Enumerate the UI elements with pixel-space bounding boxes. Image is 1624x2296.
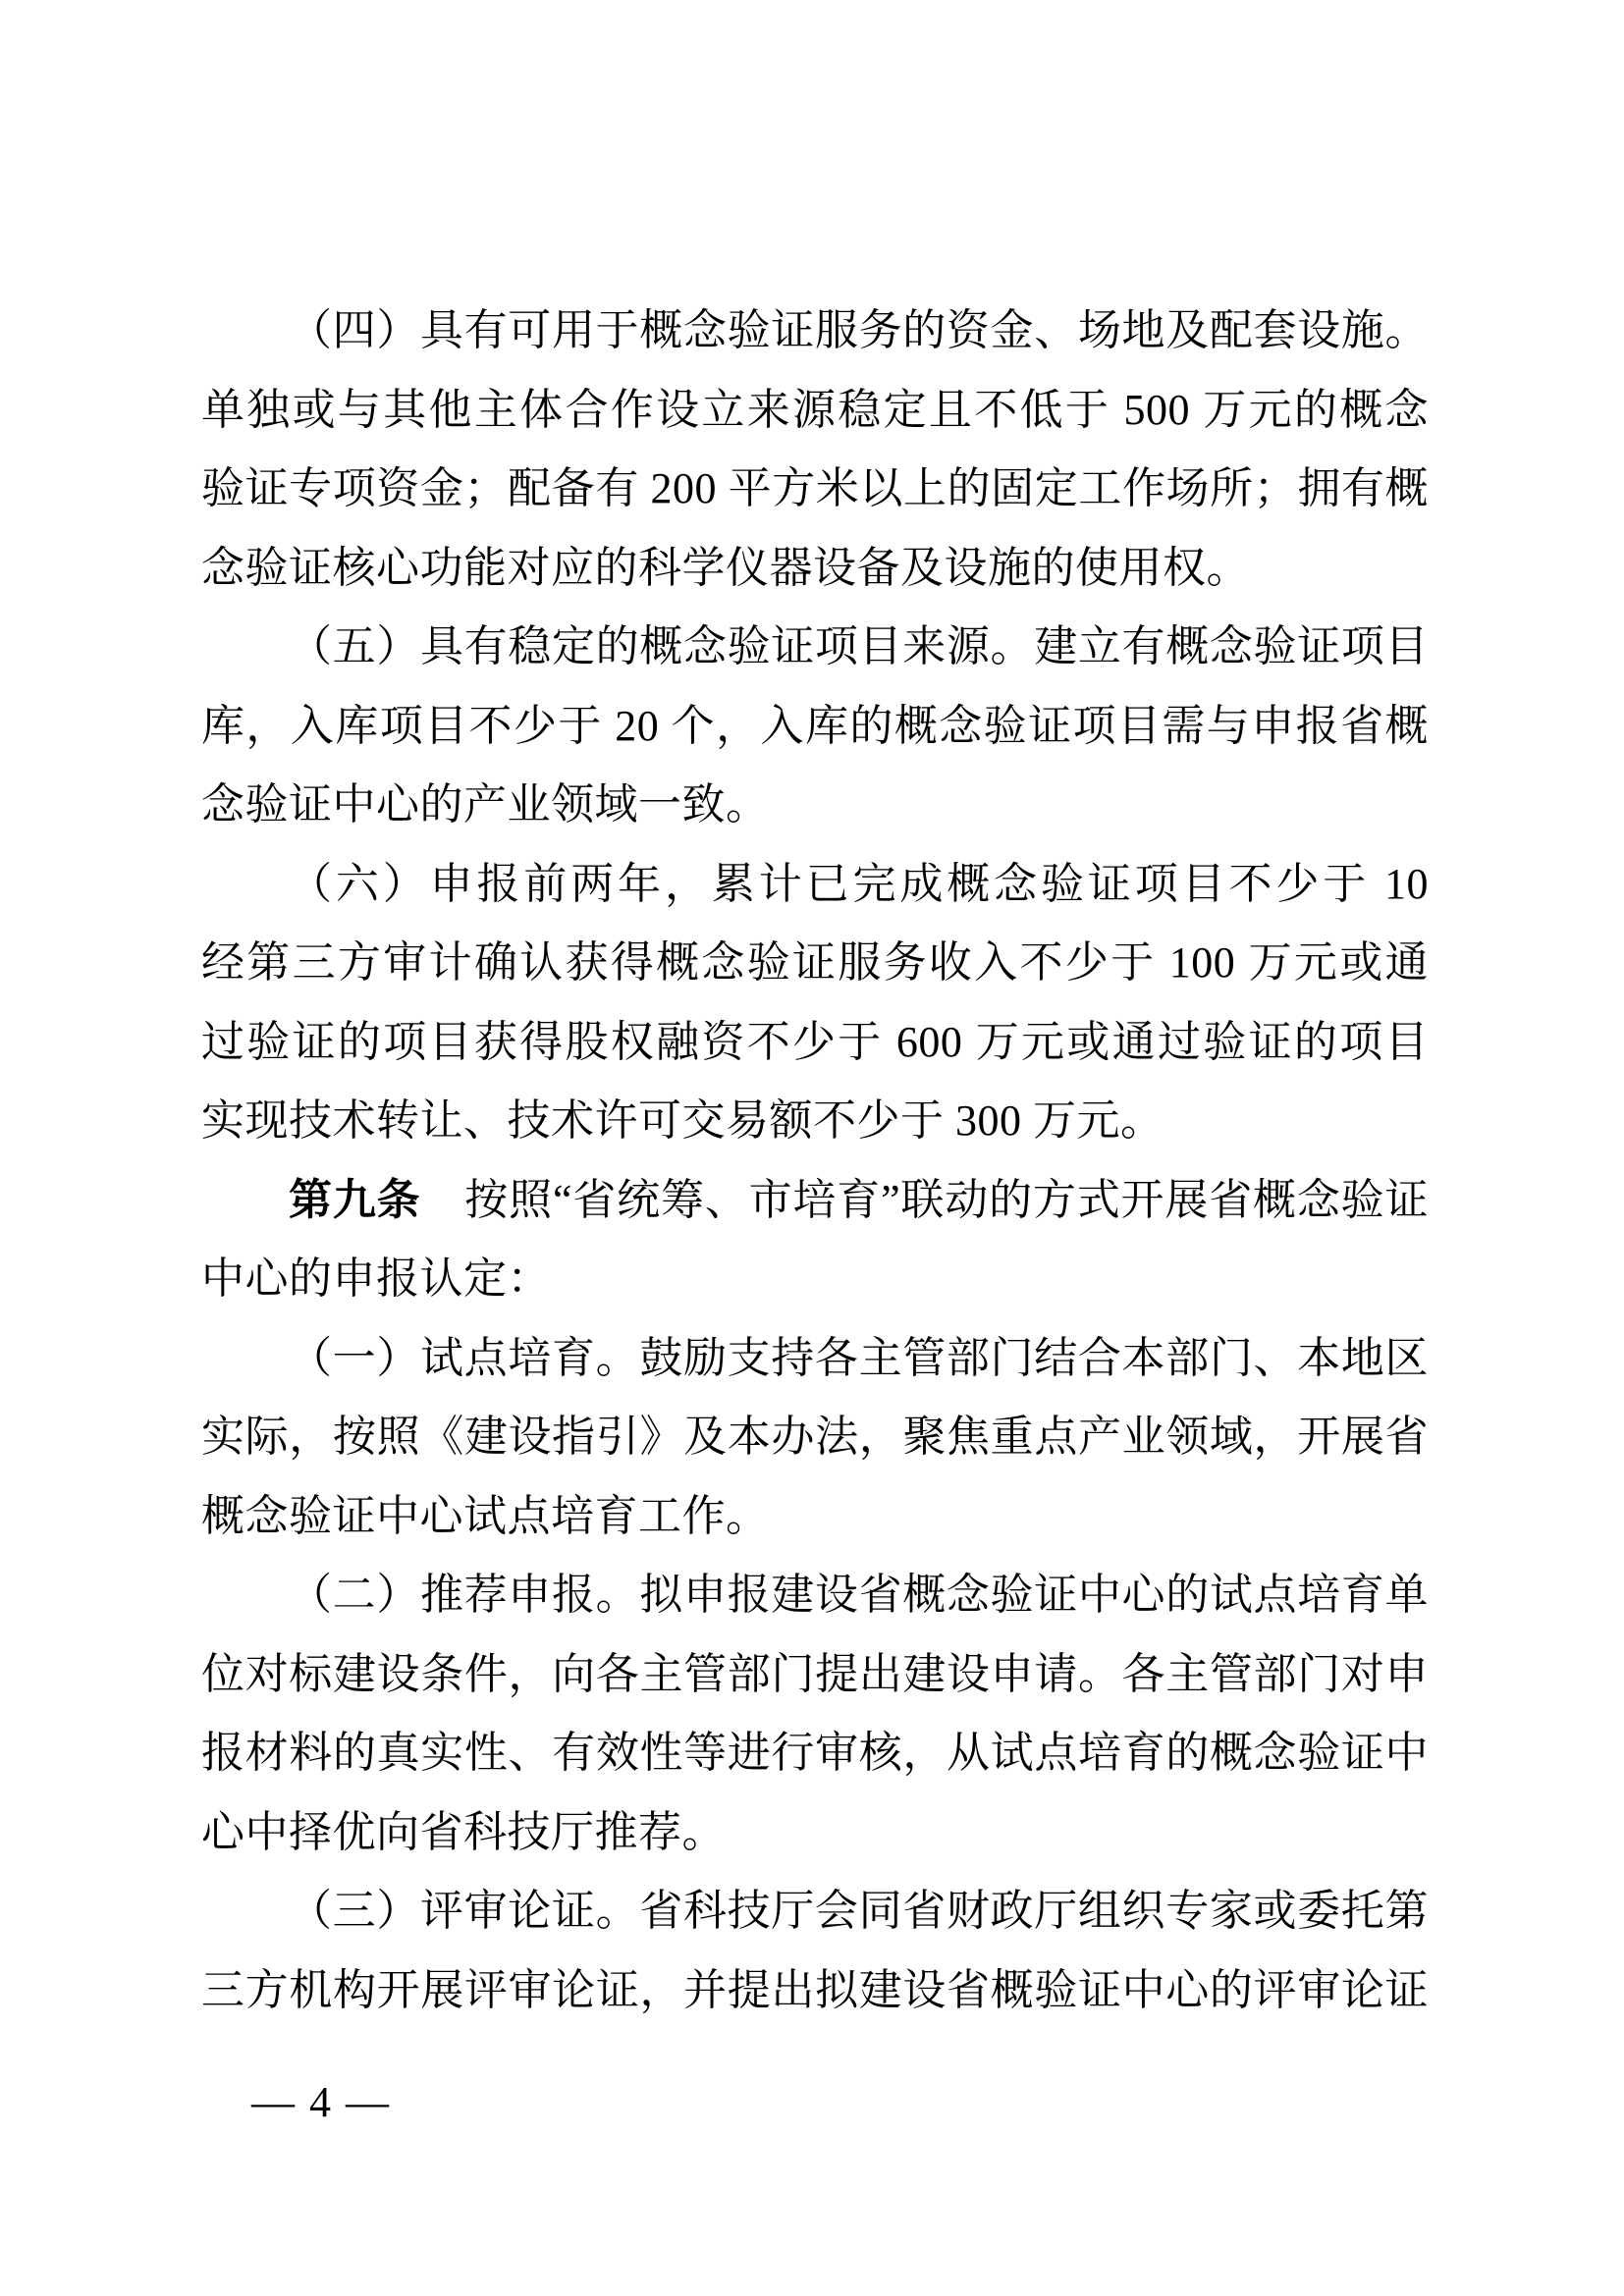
- text-line: 念验证核心功能对应的科学仪器设备及设施的使用权。: [201, 529, 1429, 609]
- text-run: 概念验证中心试点培育工作。: [201, 1492, 770, 1540]
- text-line: （一）试点培育。鼓励支持各主管部门结合本部门、本地区: [201, 1319, 1429, 1399]
- text-line: 念验证中心的产业领域一致。: [201, 766, 1429, 845]
- text-line: 概念验证中心试点培育工作。: [201, 1477, 1429, 1557]
- text-run: 单独或与其他主体合作设立来源稳定且不低于 500 万元的概念: [201, 386, 1429, 434]
- text-run: （三）评审论证。省科技厅会同省财政厅组织专家或委托第: [289, 1887, 1429, 1935]
- text-run: （二）推荐申报。拟申报建设省概念验证中心的试点培育单: [289, 1571, 1429, 1619]
- text-line: 中心的申报认定：: [201, 1240, 1429, 1319]
- text-run: 念验证核心功能对应的科学仪器设备及设施的使用权。: [201, 544, 1250, 592]
- article-number: 第九条: [289, 1176, 420, 1224]
- text-run: （一）试点培育。鼓励支持各主管部门结合本部门、本地区: [289, 1334, 1429, 1382]
- text-line: （六）申报前两年，累计已完成概念验证项目不少于 10 个；: [201, 845, 1429, 925]
- text-run: 按照“省统筹、市培育”联动的方式开展省概念验证: [420, 1176, 1429, 1224]
- text-run: 念验证中心的产业领域一致。: [201, 780, 770, 828]
- text-line: 实现技术转让、技术许可交易额不少于 300 万元。: [201, 1082, 1429, 1161]
- text-line: 验证专项资金；配备有 200 平方米以上的固定工作场所；拥有概: [201, 450, 1429, 529]
- text-line: 心中择优向省科技厅推荐。: [201, 1793, 1429, 1873]
- text-run: 三方机构开展评审论证，并提出拟建设省概验证中心的评审论证: [201, 1966, 1429, 2014]
- text-line: （五）具有稳定的概念验证项目来源。建立有概念验证项目: [201, 608, 1429, 687]
- text-run: （五）具有稳定的概念验证项目来源。建立有概念验证项目: [289, 622, 1429, 670]
- text-line: 库，入库项目不少于 20 个，入库的概念验证项目需与申报省概: [201, 687, 1429, 767]
- text-run: 报材料的真实性、有效性等进行审核，从试点培育的概念验证中: [201, 1729, 1429, 1777]
- page-number: — 4 —: [251, 2077, 391, 2128]
- text-run: 实现技术转让、技术许可交易额不少于 300 万元。: [201, 1096, 1164, 1145]
- document-body: （四）具有可用于概念验证服务的资金、场地及配套设施。单独或与其他主体合作设立来源…: [201, 292, 1429, 2030]
- text-run: 心中择优向省科技厅推荐。: [201, 1808, 726, 1856]
- text-line: 第九条 按照“省统筹、市培育”联动的方式开展省概念验证: [201, 1161, 1429, 1241]
- text-line: 报材料的真实性、有效性等进行审核，从试点培育的概念验证中: [201, 1714, 1429, 1793]
- text-line: 位对标建设条件，向各主管部门提出建设申请。各主管部门对申: [201, 1635, 1429, 1715]
- text-run: 实际，按照《建设指引》及本办法，聚焦重点产业领域，开展省: [201, 1413, 1429, 1461]
- text-run: 库，入库项目不少于 20 个，入库的概念验证项目需与申报省概: [201, 702, 1429, 750]
- text-run: （四）具有可用于概念验证服务的资金、场地及配套设施。: [289, 306, 1429, 354]
- text-run: 位对标建设条件，向各主管部门提出建设申请。各主管部门对申: [201, 1650, 1429, 1698]
- text-line: 单独或与其他主体合作设立来源稳定且不低于 500 万元的概念: [201, 371, 1429, 451]
- text-line: 经第三方审计确认获得概念验证服务收入不少于 100 万元或通: [201, 924, 1429, 1003]
- text-line: （四）具有可用于概念验证服务的资金、场地及配套设施。: [201, 292, 1429, 371]
- text-run: 经第三方审计确认获得概念验证服务收入不少于 100 万元或通: [201, 938, 1429, 987]
- text-line: （二）推荐申报。拟申报建设省概念验证中心的试点培育单: [201, 1556, 1429, 1635]
- text-run: 过验证的项目获得股权融资不少于 600 万元或通过验证的项目: [201, 1018, 1429, 1066]
- text-run: 验证专项资金；配备有 200 平方米以上的固定工作场所；拥有概: [201, 464, 1429, 512]
- document-page: （四）具有可用于概念验证服务的资金、场地及配套设施。单独或与其他主体合作设立来源…: [0, 0, 1624, 2296]
- text-line: （三）评审论证。省科技厅会同省财政厅组织专家或委托第: [201, 1872, 1429, 1951]
- text-run: 中心的申报认定：: [201, 1255, 551, 1303]
- text-line: 实际，按照《建设指引》及本办法，聚焦重点产业领域，开展省: [201, 1398, 1429, 1477]
- text-run: （六）申报前两年，累计已完成概念验证项目不少于 10 个；: [201, 860, 1429, 925]
- text-line: 过验证的项目获得股权融资不少于 600 万元或通过验证的项目: [201, 1003, 1429, 1083]
- text-line: 三方机构开展评审论证，并提出拟建设省概验证中心的评审论证: [201, 1951, 1429, 2031]
